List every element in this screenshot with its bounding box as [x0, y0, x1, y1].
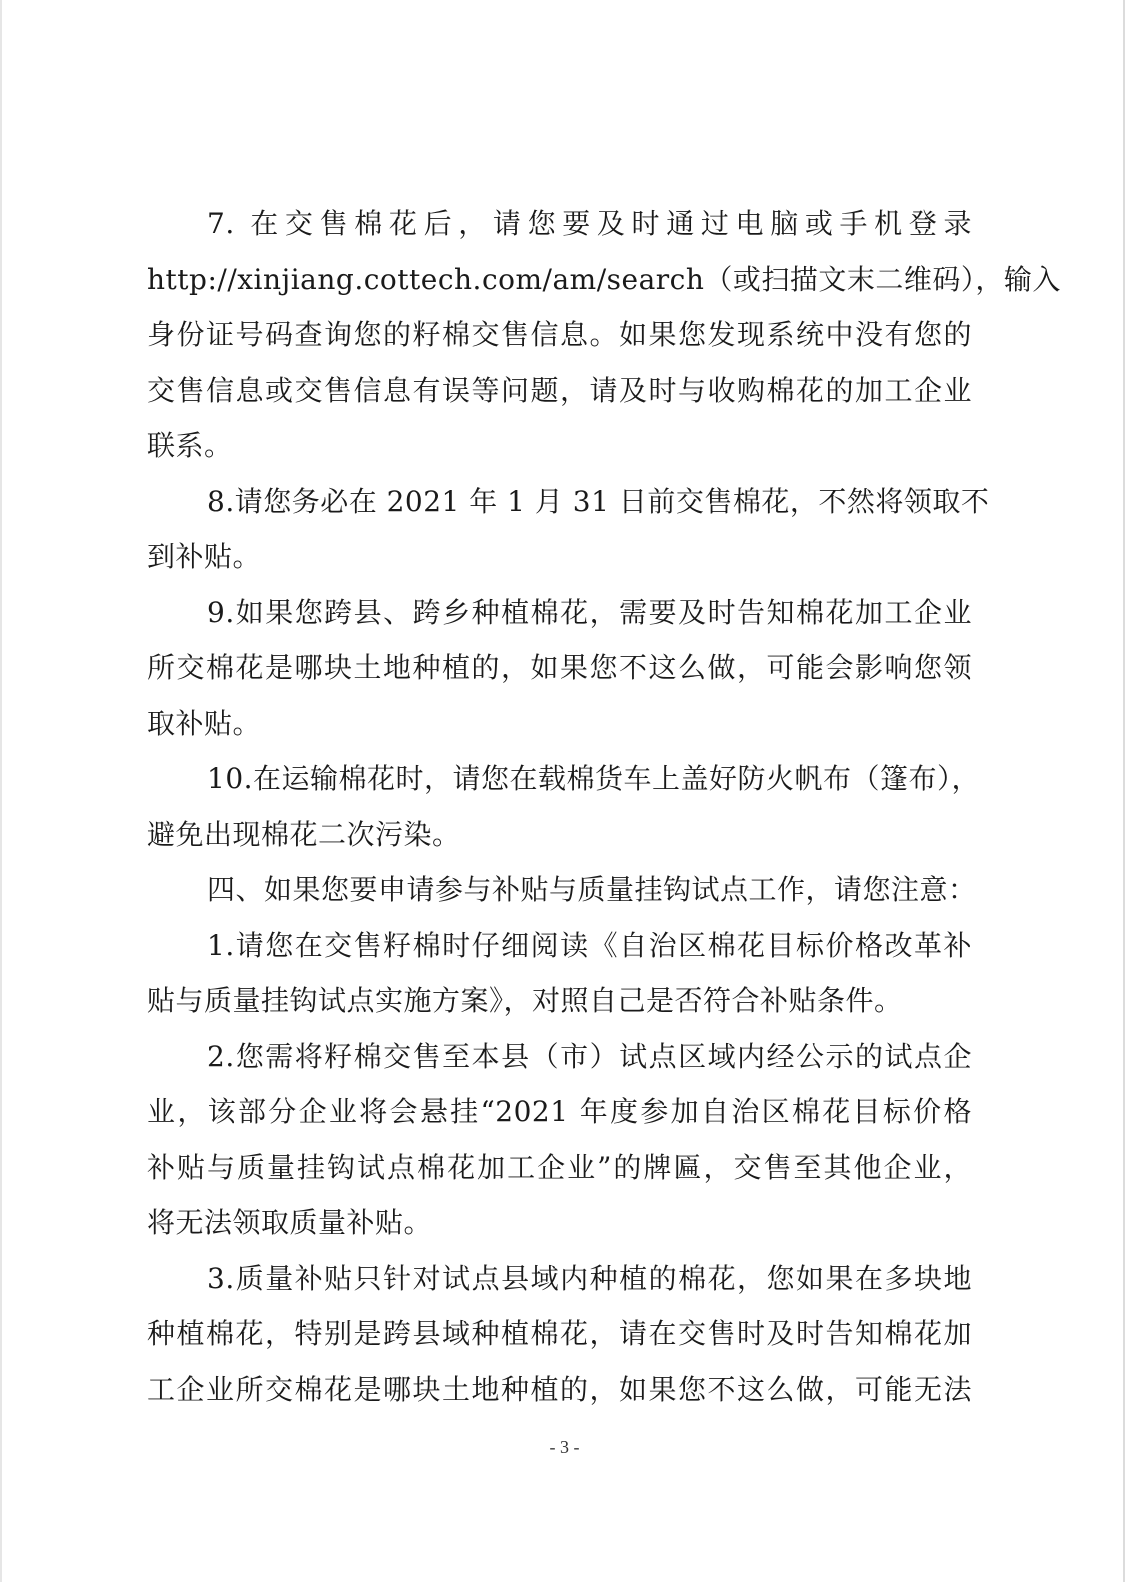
paragraph-section-4-item-1: 1.请您在交售籽棉时仔细阅读《自治区棉花目标价格改革补 贴与质量挂钩试点实施方案…: [147, 918, 972, 1029]
text-line: 3.质量补贴只针对试点县域内种植的棉花，您如果在多块地: [147, 1251, 972, 1307]
text-line: 取补贴。: [147, 696, 972, 752]
text-line: 9.如果您跨县、跨乡种植棉花，需要及时告知棉花加工企业: [147, 585, 972, 641]
text-line: http://xinjiang.cottech.com/am/search（或扫…: [147, 252, 972, 308]
text-line: 交售信息或交售信息有误等问题，请及时与收购棉花的加工企业: [147, 363, 972, 419]
text-line: 业，该部分企业将会悬挂“2021 年度参加自治区棉花目标价格: [147, 1084, 972, 1140]
section-4-heading: 四、如果您要申请参与补贴与质量挂钩试点工作，请您注意：: [147, 862, 972, 918]
text-line: 2.您需将籽棉交售至本县（市）试点区域内经公示的试点企: [147, 1029, 972, 1085]
text-line: 1.请您在交售籽棉时仔细阅读《自治区棉花目标价格改革补: [147, 918, 972, 974]
page-number: - 3 -: [2, 1437, 1125, 1458]
document-page: 7. 在交售棉花后，请您要及时通过电脑或手机登录 http://xinjiang…: [0, 0, 1125, 1582]
text-line: 补贴与质量挂钩试点棉花加工企业”的牌匾，交售至其他企业，: [147, 1140, 972, 1196]
text-line: 贴与质量挂钩试点实施方案》，对照自己是否符合补贴条件。: [147, 973, 972, 1029]
paragraph-item-7: 7. 在交售棉花后，请您要及时通过电脑或手机登录 http://xinjiang…: [147, 196, 972, 474]
text-line: 种植棉花，特别是跨县域种植棉花，请在交售时及时告知棉花加: [147, 1306, 972, 1362]
text-line: 身份证号码查询您的籽棉交售信息。如果您发现系统中没有您的: [147, 307, 972, 363]
text-line: 到补贴。: [147, 529, 972, 585]
text-line: 所交棉花是哪块土地种植的，如果您不这么做，可能会影响您领: [147, 640, 972, 696]
text-line: 将无法领取质量补贴。: [147, 1195, 972, 1251]
text-line: 工企业所交棉花是哪块土地种植的，如果您不这么做，可能无法: [147, 1362, 972, 1418]
paragraph-section-4-item-2: 2.您需将籽棉交售至本县（市）试点区域内经公示的试点企 业，该部分企业将会悬挂“…: [147, 1029, 972, 1251]
section-heading-text: 四、如果您要申请参与补贴与质量挂钩试点工作，请您注意：: [147, 862, 972, 918]
document-body: 7. 在交售棉花后，请您要及时通过电脑或手机登录 http://xinjiang…: [147, 196, 972, 1417]
paragraph-item-8: 8.请您务必在 2021 年 1 月 31 日前交售棉花，不然将领取不 到补贴。: [147, 474, 972, 585]
text-line: 8.请您务必在 2021 年 1 月 31 日前交售棉花，不然将领取不: [147, 474, 972, 530]
paragraph-item-10: 10.在运输棉花时，请您在载棉货车上盖好防火帆布（篷布）， 避免出现棉花二次污染…: [147, 751, 972, 862]
paragraph-item-9: 9.如果您跨县、跨乡种植棉花，需要及时告知棉花加工企业 所交棉花是哪块土地种植的…: [147, 585, 972, 752]
text-line: 联系。: [147, 418, 972, 474]
text-line: 7. 在交售棉花后，请您要及时通过电脑或手机登录: [147, 196, 972, 252]
text-line: 10.在运输棉花时，请您在载棉货车上盖好防火帆布（篷布），: [147, 751, 972, 807]
text-line: 避免出现棉花二次污染。: [147, 807, 972, 863]
paragraph-section-4-item-3: 3.质量补贴只针对试点县域内种植的棉花，您如果在多块地 种植棉花，特别是跨县域种…: [147, 1251, 972, 1418]
